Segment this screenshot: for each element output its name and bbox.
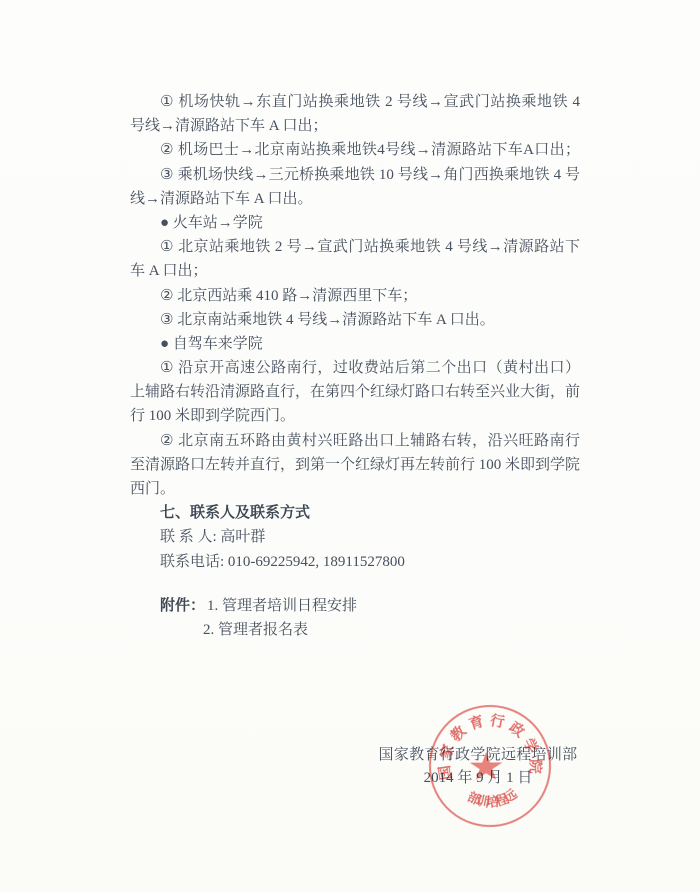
attachment-item-2: 2. 管理者报名表 xyxy=(130,618,580,642)
body-line: 线→清源路站下车 A 口出。 xyxy=(130,187,580,211)
attachment-item-1: 1. 管理者培训日程安排 xyxy=(207,598,357,614)
seal-ring-char: 育 xyxy=(466,710,486,734)
body-line: ③ 乘机场快线→三元桥换乘地铁 10 号线→角门西换乘地铁 4 号 xyxy=(130,163,580,187)
body-line: 车 A 口出； xyxy=(130,259,580,283)
seal-bottom-char: 程 xyxy=(492,788,510,810)
body-line: ① 机场快轨→东直门站换乘地铁 2 号线→宣武门站换乘地铁 4 xyxy=(130,90,580,114)
body-line: ③ 北京南站乘地铁 4 号线→清源路站下车 A 口出。 xyxy=(130,308,580,332)
body-line: 行 100 米即到学院西门。 xyxy=(130,404,580,428)
seal-bottom-char: 培 xyxy=(485,791,499,811)
seal-bottom-char: 训 xyxy=(475,790,491,811)
document-page: ① 机场快轨→东直门站换乘地铁 2 号线→宣武门站换乘地铁 4 号线→清源路站下… xyxy=(0,0,700,892)
signature-org: 国家教育行政学院远程培训部 xyxy=(374,744,582,767)
seal-ring-char: 政 xyxy=(505,716,529,742)
seal-ring-char: 教 xyxy=(445,721,470,746)
signature-block: 国家教育行政学院远程培训部 2014 年 9 月 1 日 xyxy=(374,744,582,790)
body-line: 号线→清源路站下车 A 口出； xyxy=(130,114,580,138)
body-line: ② 北京西站乘 410 路→清源西里下车； xyxy=(130,284,580,308)
body-text: ① 机场快轨→东直门站换乘地铁 2 号线→宣武门站换乘地铁 4 号线→清源路站下… xyxy=(130,90,580,642)
contact-person-line: 联 系 人: 高叶群 xyxy=(130,525,580,549)
body-line: ① 北京站乘地铁 2 号→宣武门站换乘地铁 4 号线→清源路站下 xyxy=(130,235,580,259)
body-line: ① 沿京开高速公路南行，过收费站后第二个出口（黄村出口） xyxy=(130,356,580,380)
section-heading-contact: 七、联系人及联系方式 xyxy=(130,501,580,525)
body-line-bullet: ● 火车站→学院 xyxy=(130,211,580,235)
body-line: ② 机场巴士→北京南站换乘地铁4号线→清源路站下车A口出； xyxy=(130,138,580,162)
attachments-line: 附件：1. 管理者培训日程安排 xyxy=(130,594,580,618)
signature-date: 2014 年 9 月 1 日 xyxy=(374,767,582,790)
body-line: 上辅路右转沿清源路直行，在第四个红绿灯路口右转至兴业大街，前 xyxy=(130,380,580,404)
body-line: 至清源路口左转并直行，到第一个红绿灯再左转前行 100 米即到学院 xyxy=(130,453,580,477)
seal-ring-char: 行 xyxy=(489,709,507,732)
body-line: 西门。 xyxy=(130,477,580,501)
attachments-label: 附件： xyxy=(160,598,205,614)
body-line: ② 北京南五环路由黄村兴旺路出口上辅路右转，沿兴旺路南行 xyxy=(130,429,580,453)
contact-phone-line: 联系电话: 010-69225942, 18911527800 xyxy=(130,550,580,574)
body-line-bullet: ● 自驾车来学院 xyxy=(130,332,580,356)
